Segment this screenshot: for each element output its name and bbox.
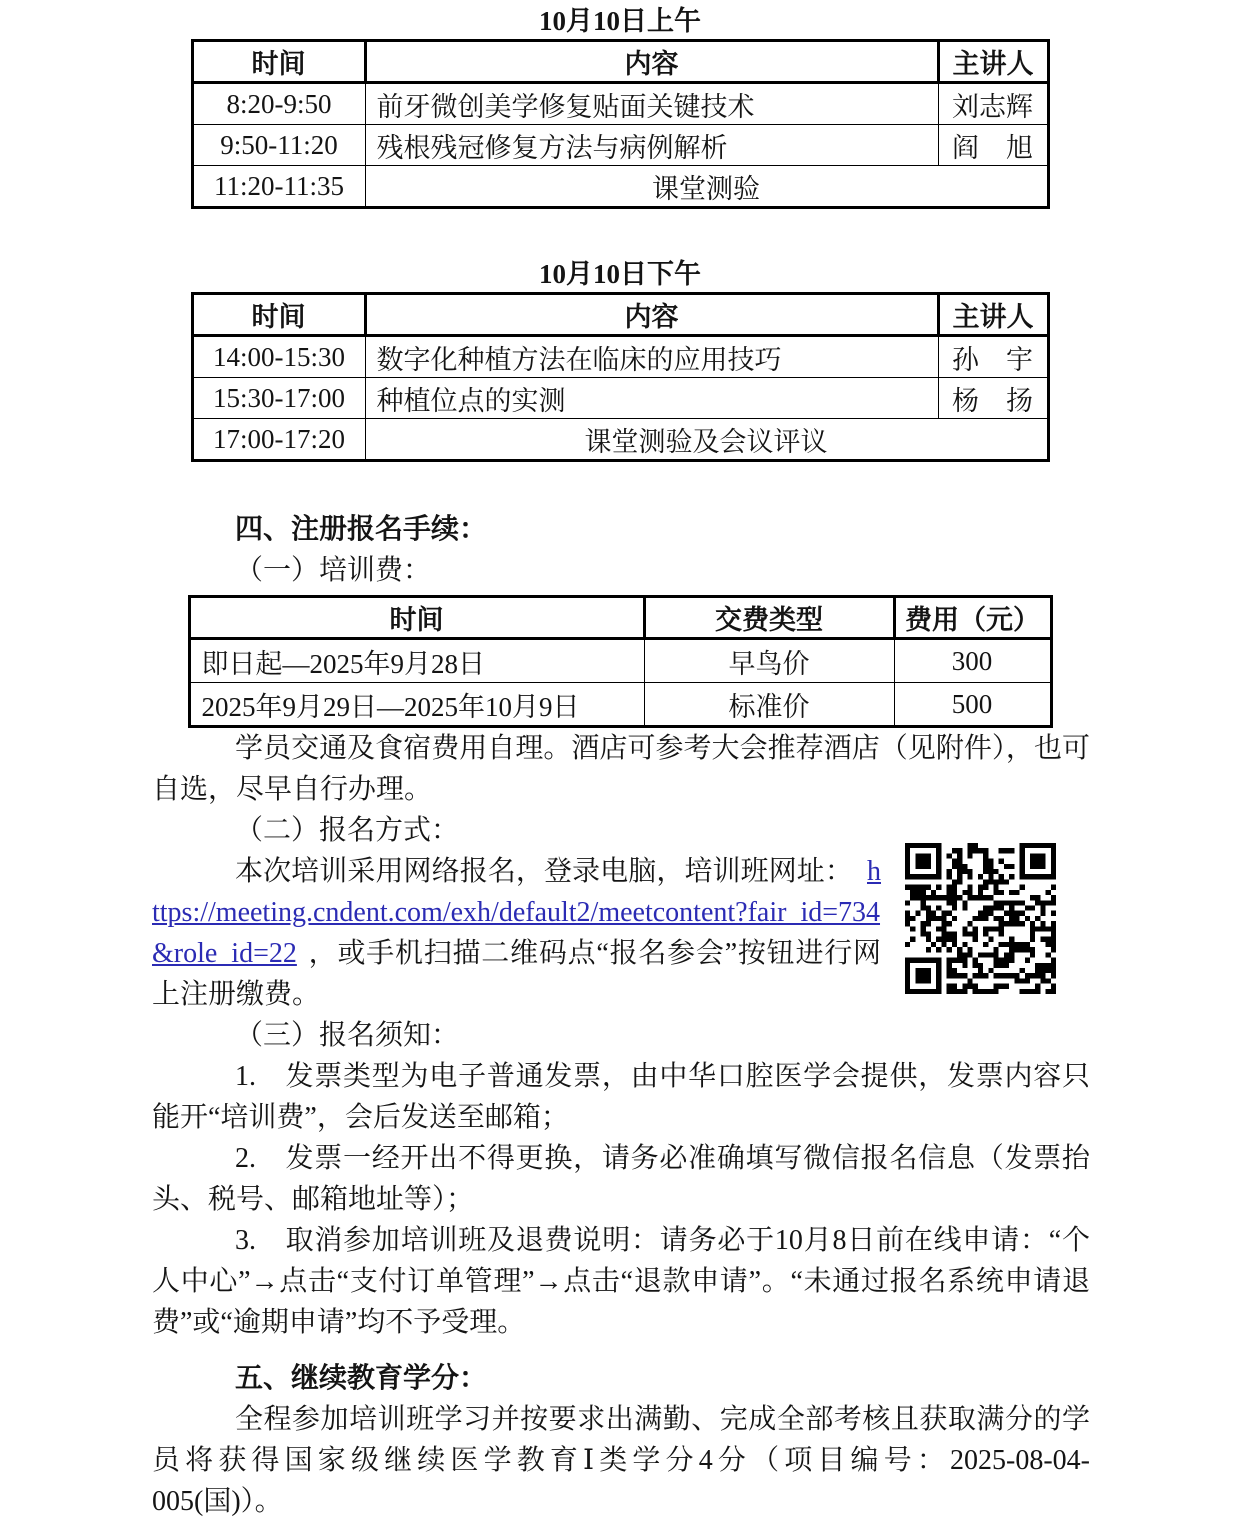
merged-content-cell: 课堂测验及会议评议	[365, 419, 1048, 461]
header-time: 时间	[192, 41, 365, 83]
speaker-cell: 孙 宇	[938, 336, 1048, 378]
table-row: 17:00-17:20 课堂测验及会议评议	[192, 419, 1048, 461]
table-row: 9:50-11:20 残根残冠修复方法与病例解析 阎 旭	[192, 125, 1048, 166]
section-4-heading: 四、注册报名手续：	[152, 509, 1090, 550]
speaker-cell: 杨 扬	[938, 378, 1048, 419]
period-cell: 即日起—2025年9月28日	[189, 639, 644, 683]
notice-item-1: 1. 发票类型为电子普通发票，由中华口腔医学会提供，发票内容只能开“培训费”，会…	[152, 1056, 1090, 1138]
document-page: 10月10日上午 时间 内容 主讲人 8:20-9:50 前牙微创美学修复贴面关…	[0, 0, 1240, 1522]
time-cell: 17:00-17:20	[192, 419, 365, 461]
time-cell: 15:30-17:00	[192, 378, 365, 419]
schedule-am-table: 时间 内容 主讲人 8:20-9:50 前牙微创美学修复贴面关键技术 刘志辉 9…	[191, 39, 1050, 209]
table-row: 14:00-15:30 数字化种植方法在临床的应用技巧 孙 宇	[192, 336, 1048, 378]
schedule-pm-title: 10月10日下午	[0, 259, 1240, 290]
table-row: 11:20-11:35 课堂测验	[192, 166, 1048, 208]
amount-cell: 500	[894, 683, 1051, 727]
table-row: 8:20-9:50 前牙微创美学修复贴面关键技术 刘志辉	[192, 83, 1048, 125]
header-content: 内容	[365, 294, 938, 336]
method-text-before-link: 本次培训采用网络报名，登录电脑，培训班网址：	[235, 856, 853, 887]
table-row: 即日起—2025年9月28日 早鸟价 300	[189, 639, 1051, 683]
content-cell: 种植位点的实测	[365, 378, 938, 419]
fee-type-cell: 标准价	[644, 683, 894, 727]
credits-paragraph: 全程参加培训班学习并按要求出满勤、完成全部考核且获取满分的学员将获得国家级继续医…	[152, 1399, 1090, 1522]
speaker-cell: 刘志辉	[938, 83, 1048, 125]
schedule-pm-table: 时间 内容 主讲人 14:00-15:30 数字化种植方法在临床的应用技巧 孙 …	[191, 292, 1050, 462]
notice-subtitle: （三）报名须知：	[152, 1015, 1090, 1056]
time-cell: 9:50-11:20	[192, 125, 365, 166]
method-paragraph: 本次培训采用网络报名，登录电脑，培训班网址：https://meeting.cn…	[152, 851, 1090, 1015]
header-speaker: 主讲人	[938, 294, 1048, 336]
schedule-am-title: 10月10日上午	[0, 6, 1240, 37]
section-5-heading: 五、继续教育学分：	[152, 1358, 1090, 1399]
header-content: 内容	[365, 41, 938, 83]
fee-type-cell: 早鸟价	[644, 639, 894, 683]
header-amount: 费用（元）	[894, 597, 1051, 639]
period-cell: 2025年9月29日—2025年10月9日	[189, 683, 644, 727]
speaker-cell: 阎 旭	[938, 125, 1048, 166]
fee-table: 时间 交费类型 费用（元） 即日起—2025年9月28日 早鸟价 300 202…	[188, 595, 1053, 728]
fee-note-paragraph: 学员交通及食宿费用自理。酒店可参考大会推荐酒店（见附件），也可自选，尽早自行办理…	[152, 728, 1090, 810]
table-header-row: 时间 内容 主讲人	[192, 41, 1048, 83]
qr-code	[905, 843, 1056, 994]
header-fee-type: 交费类型	[644, 597, 894, 639]
header-time: 时间	[192, 294, 365, 336]
notice-item-2: 2. 发票一经开出不得更换，请务必准确填写微信报名信息（发票抬头、税号、邮箱地址…	[152, 1138, 1090, 1220]
table-header-row: 时间 交费类型 费用（元）	[189, 597, 1051, 639]
header-time: 时间	[189, 597, 644, 639]
time-cell: 11:20-11:35	[192, 166, 365, 208]
time-cell: 8:20-9:50	[192, 83, 365, 125]
time-cell: 14:00-15:30	[192, 336, 365, 378]
table-row: 2025年9月29日—2025年10月9日 标准价 500	[189, 683, 1051, 727]
table-header-row: 时间 内容 主讲人	[192, 294, 1048, 336]
notice-item-3: 3. 取消参加培训班及退费说明：请务必于10月8日前在线申请：“个人中心”→点击…	[152, 1220, 1090, 1343]
amount-cell: 300	[894, 639, 1051, 683]
content-cell: 前牙微创美学修复贴面关键技术	[365, 83, 938, 125]
fee-subtitle: （一）培训费：	[152, 550, 1090, 591]
content-cell: 残根残冠修复方法与病例解析	[365, 125, 938, 166]
content-cell: 数字化种植方法在临床的应用技巧	[365, 336, 938, 378]
merged-content-cell: 课堂测验	[365, 166, 1048, 208]
table-row: 15:30-17:00 种植位点的实测 杨 扬	[192, 378, 1048, 419]
header-speaker: 主讲人	[938, 41, 1048, 83]
